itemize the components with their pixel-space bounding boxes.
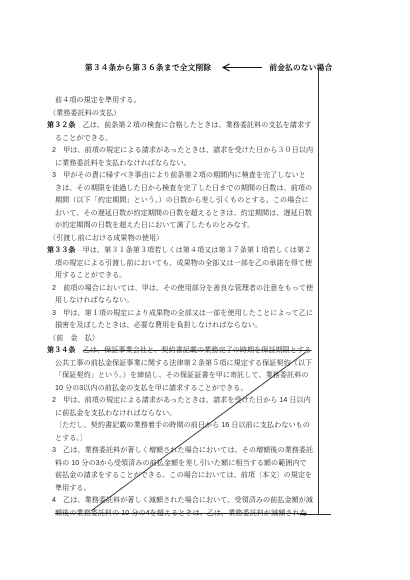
text-line: に前払金を支払わなければならない。 [47,407,317,420]
line-text: （業務委託料の支払） [49,109,120,117]
line-text: 料の 10 分の3から受領済みの前払金額を差し引いた額に相当する額の範囲内で [55,459,307,467]
line-text: （引渡し前における成果物の使用） [49,234,163,242]
line-text: ることができる。 [55,134,112,142]
line-text: 3 乙は、業務委託料が著しく増額された場合においては、その増額後の業務委託 [52,446,313,454]
condition-note: 前金払のない場合 [269,62,332,73]
line-text: おいて、その遅延日数が約定期間の日数を超えるときは、約定期間は、遅延日数 [55,209,312,217]
line-text: 乙は、前条第２項の検査に合格したときは、業務委託料の支払を請求す [83,121,312,129]
line-text: （前 金 払） [49,334,99,342]
text-line: 2 甲は、前項の規定による請求があったときは、請求を受けた日から３０日以内 [47,144,317,157]
line-text: 用することができる。 [55,271,126,279]
annotation-header: 第３４条から第３６条まで全文削除 前金払のない場合 [85,62,332,73]
line-text: 甲は、第３１条第３項若しくは第４項又は第３７条第１項若しくは第２ [83,246,312,254]
line-text: に業務委託料を支払わなければならない。 [55,159,191,167]
text-line: （前 金 払） [47,332,317,345]
text-line: 公共工事の前払金保証事業に関する法律第２条第５項に規定する保証契約（以下 [47,357,317,370]
text-line: 用することができる。 [47,269,317,282]
text-line: 期間（以下「約定期間」という。）の日数から差し引くものとする。この場合に [47,194,317,207]
text-line: （引渡し前における成果物の使用） [47,232,317,245]
line-text: 2 甲は、前項の規定による請求があったときは、請求を受けた日から 14 日以内 [52,396,311,404]
line-text: 前払金の請求をすることができる。この場合においては、前項〔本文〕の規定を [55,471,312,479]
line-text: 公共工事の前払金保証事業に関する法律第２条第５項に規定する保証契約（以下 [55,359,312,367]
text-line: 3 甲は、第１項の規定により成果物の全部又は一部を使用したことによって乙に [47,307,317,320]
text-line: が約定期間の日数を超えた日において満了したものとみなす。 [47,219,317,232]
line-text: 2 甲は、前項の規定による請求があったときは、請求を受けた日から３０日以内 [52,146,313,154]
text-line: に業務委託料を支払わなければならない。 [47,157,317,170]
text-line: 料の 10 分の3から受領済みの前払金額を差し引いた額に相当する額の範囲内で [47,457,317,470]
line-text: 〔ただし、契約書記載の業務着手の時期の前日から 16 日以前に支払わないもの [55,421,310,429]
text-line: 第３２条 乙は、前条第２項の検査に合格したときは、業務委託料の支払を請求す [47,119,317,132]
text-line: 4 乙は、業務委託料が著しく減額された場合において、受領済みの前払金額が減 [47,494,317,507]
line-text: 2 前項の場合においては、甲は、その使用部分を善良な管理者の注意をもって使 [52,284,313,292]
text-line: 前４項の規定を準用する。 [47,94,317,107]
text-line: とする。〕 [47,432,317,445]
text-line: 項の規定による引渡し前においても、成果物の全部又は一部を乙の承諾を得て使 [47,257,317,270]
text-line: （業務委託料の支払） [47,107,317,120]
text-line: ることができる。 [47,132,317,145]
line-text: 10 分の3以内の前払金の支払を甲に請求することができる。 [55,384,248,392]
line-text: 期間（以下「約定期間」という。）の日数から差し引くものとする。この場合に [55,196,309,204]
text-line: 損害を及ぼしたときは、必要な費用を負担しなければならない。 [47,319,317,332]
document-body: 前４項の規定を準用する。（業務委託料の支払）第３２条 乙は、前条第２項の検査に合… [47,94,317,519]
text-line: 額後の業務委託料の 10 分の4を超えるときは、乙は、業務委託料が減額された [47,507,317,520]
text-line: きは、その期限を徒過した日から検査を完了した日までの期間の日数は、前項の [47,182,317,195]
left-arrow-icon [217,63,263,72]
line-text: 3 甲は、第１項の規定により成果物の全部又は一部を使用したことによって乙に [52,309,313,317]
article-number: 第３４条 [47,346,83,354]
text-line: 用しなければならない。 [47,294,317,307]
line-text: に前払金を支払わなければならない。 [55,409,176,417]
text-line: 10 分の3以内の前払金の支払を甲に請求することができる。 [47,382,317,395]
line-text: が約定期間の日数を超えた日において満了したものとみなす。 [55,221,254,229]
text-line: 2 甲は、前項の規定による請求があったときは、請求を受けた日から 14 日以内 [47,394,317,407]
text-line: 〔ただし、契約書記載の業務着手の時期の前日から 16 日以前に支払わないもの [47,419,317,432]
text-line: 2 前項の場合においては、甲は、その使用部分を善良な管理者の注意をもって使 [47,282,317,295]
line-text: 前４項の規定を準用する。 [55,96,141,104]
text-line: 3 乙は、業務委託料が著しく増額された場合においては、その増額後の業務委託 [47,444,317,457]
text-line: 前払金の請求をすることができる。この場合においては、前項〔本文〕の規定を [47,469,317,482]
line-text: とする。〕 [55,434,87,442]
article-number: 第３３条 [47,246,83,254]
text-line: 「保証契約」という。）を締結し、その保証証書を甲に寄託して、業務委託料の [47,369,317,382]
line-text: 「保証契約」という。）を締結し、その保証証書を甲に寄託して、業務委託料の [55,371,308,379]
text-line: 3 甲がその責に帰すべき事由により前条第２項の期間内に検査を完了しないと [47,169,317,182]
text-line: 第３４条 乙は、保証事業会社と、契約書記載の業務完了の時期を保証期限とする [47,344,317,357]
right-margin-rule [318,67,319,515]
line-text: 額後の業務委託料の 10 分の4を超えるときは、乙は、業務委託料が減額された [55,509,307,517]
scanned-contract-page: 第３４条から第３６条まで全文削除 前金払のない場合 前４項の規定を準用する。（業… [0,0,410,580]
line-text: きは、その期限を徒過した日から検査を完了した日までの期間の日数は、前項の [55,184,312,192]
line-text: 項の規定による引渡し前においても、成果物の全部又は一部を乙の承諾を得て使 [55,259,312,267]
deletion-note: 第３４条から第３６条まで全文削除 [85,62,211,73]
text-line: 準用する。 [47,482,317,495]
text-line: おいて、その遅延日数が約定期間の日数を超えるときは、約定期間は、遅延日数 [47,207,317,220]
line-text: 用しなければならない。 [55,296,134,304]
line-text: 3 甲がその責に帰すべき事由により前条第２項の期間内に検査を完了しないと [52,171,306,179]
line-text: 準用する。 [55,484,91,492]
line-text: 損害を及ぼしたときは、必要な費用を負担しなければならない。 [55,321,262,329]
line-text: 4 乙は、業務委託料が著しく減額された場合において、受領済みの前払金額が減 [52,496,313,504]
article-number: 第３２条 [47,121,83,129]
text-line: 第３３条 甲は、第３１条第３項若しくは第４項又は第３７条第１項若しくは第２ [47,244,317,257]
line-text: 乙は、保証事業会社と、契約書記載の業務完了の時期を保証期限とする [83,346,312,354]
